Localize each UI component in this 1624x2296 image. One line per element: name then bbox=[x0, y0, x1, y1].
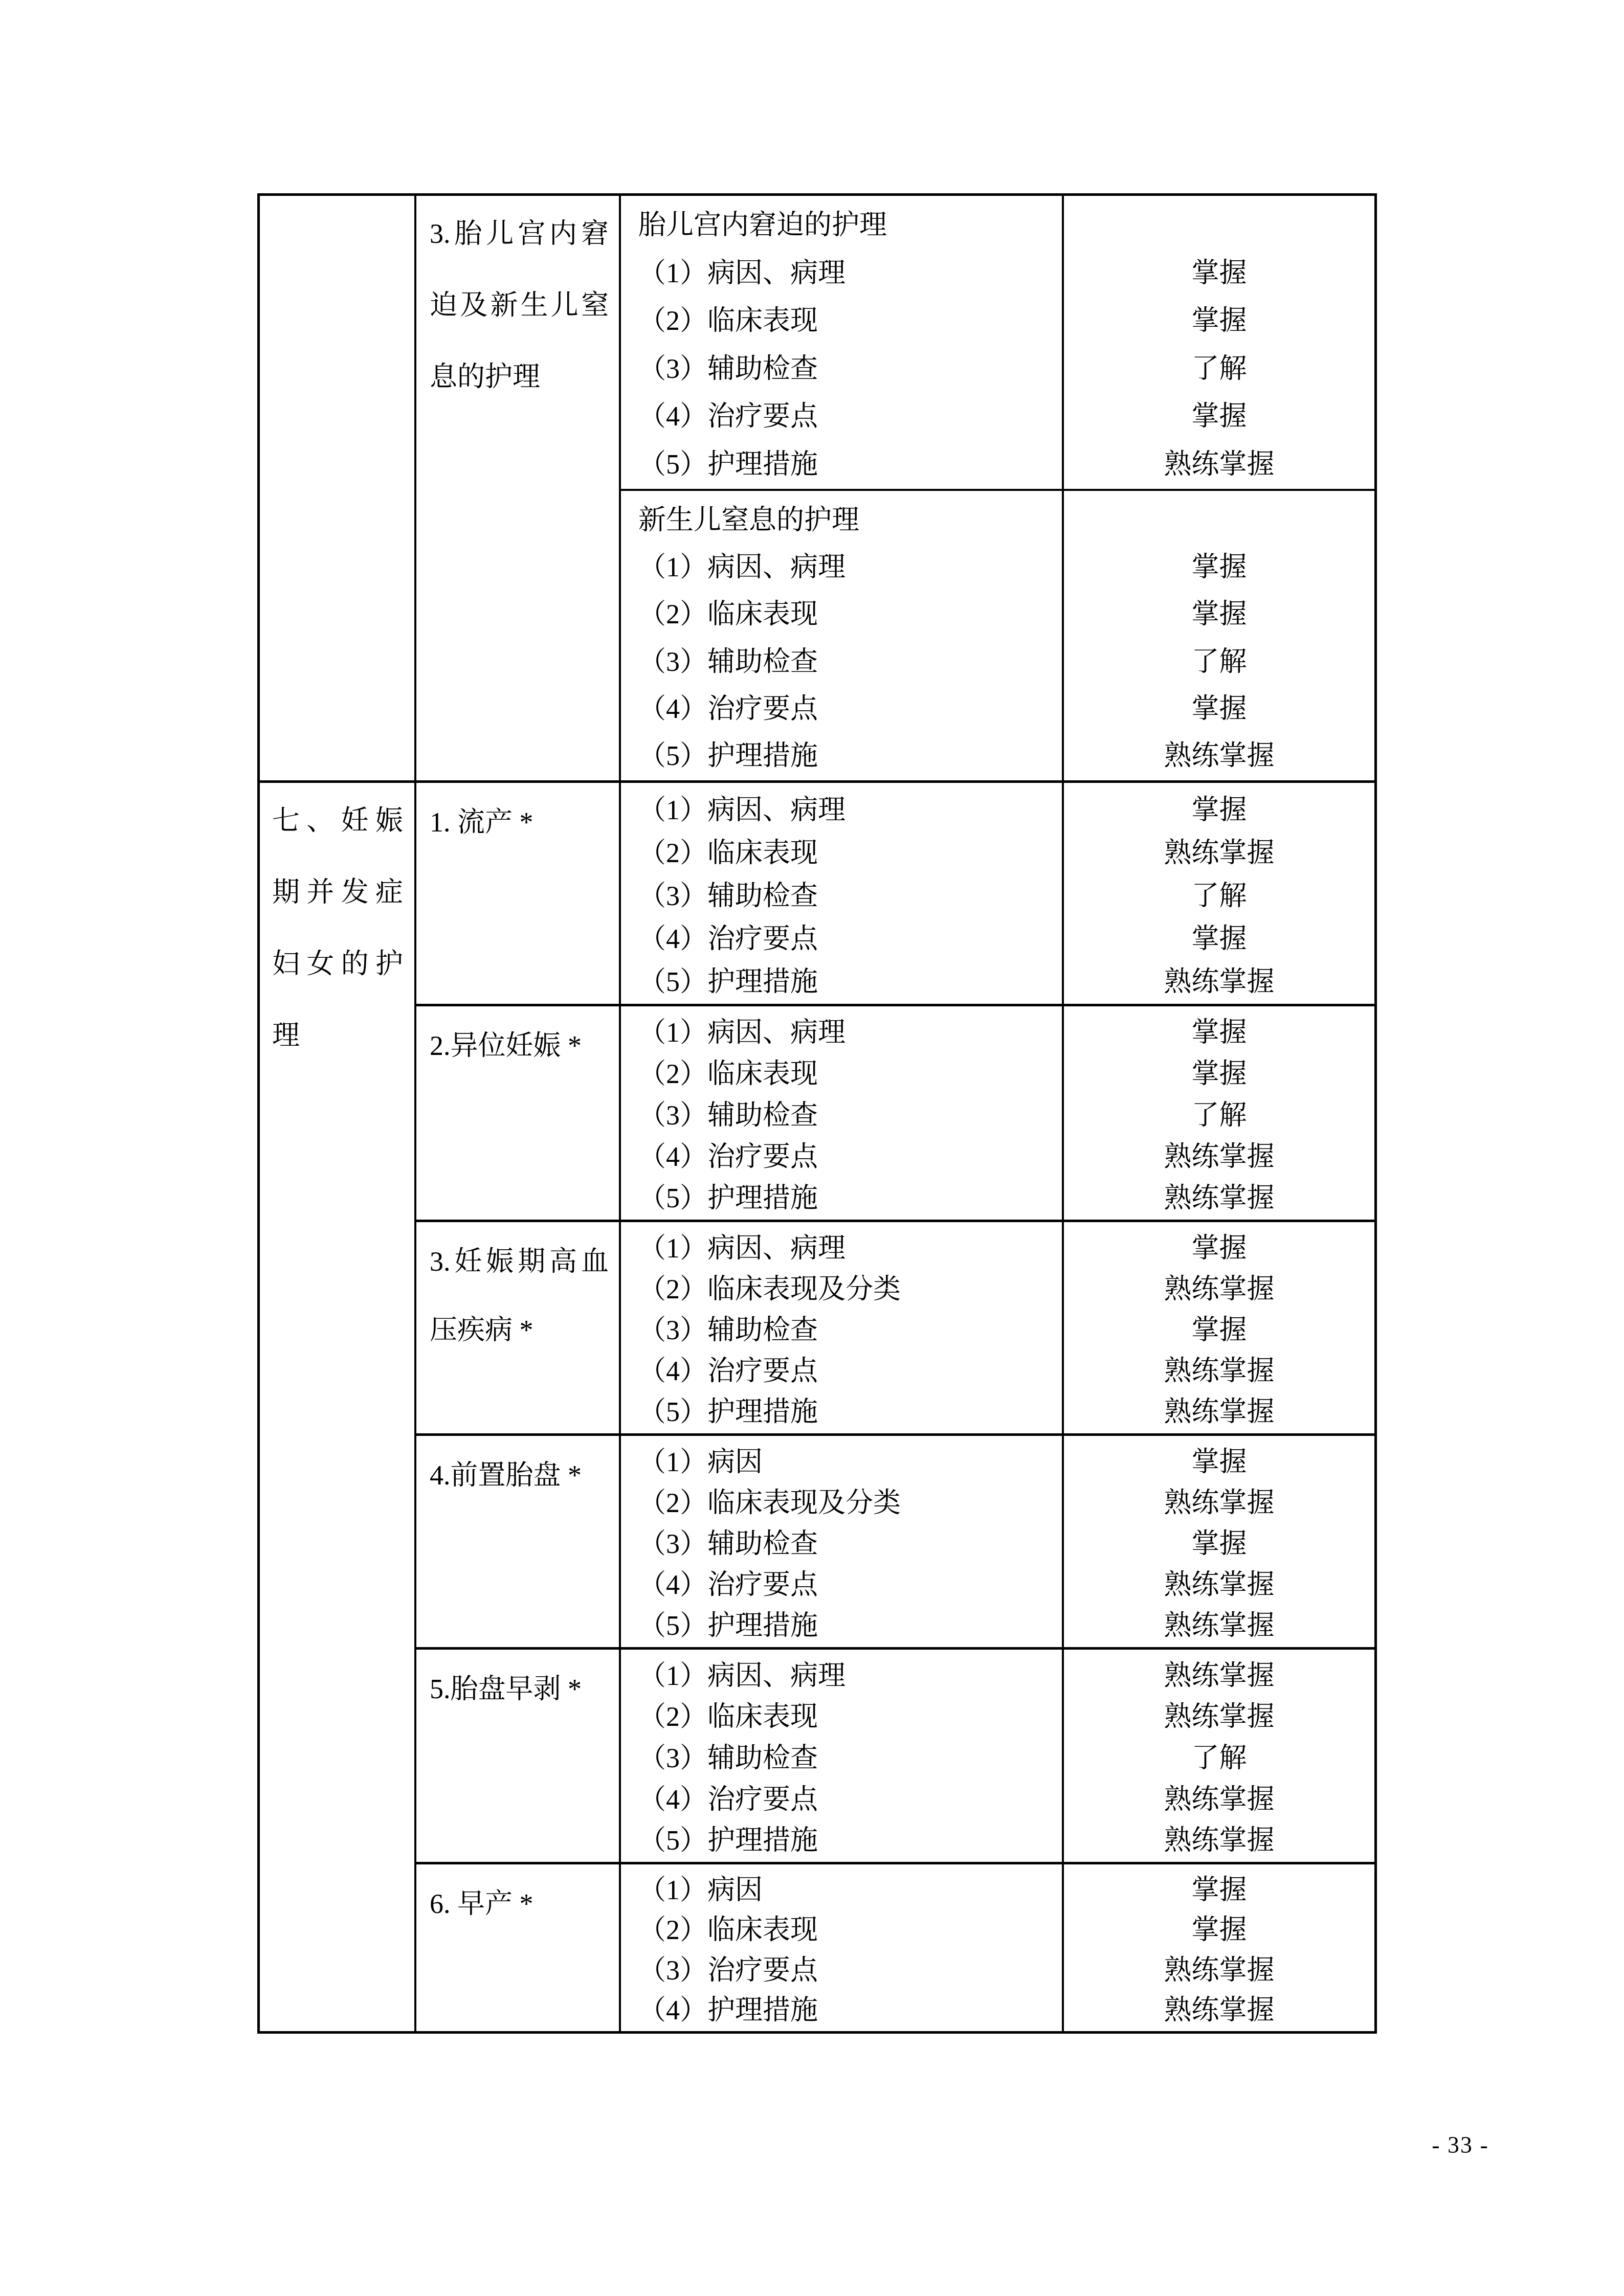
item-text: （5）护理措施 bbox=[621, 1817, 1062, 1859]
subrow-stack: 1. 流产 *（1）病因、病理（2）临床表现（3）辅助检查（4）治疗要点（5）护… bbox=[416, 783, 1374, 2031]
page-number: - 33 - bbox=[1376, 2131, 1545, 2158]
requirement-text: 熟练掌握 bbox=[1064, 1266, 1374, 1307]
table-subrow: 新生儿窒息的护理（1）病因、病理（2）临床表现（3）辅助检查（4）治疗要点（5）… bbox=[621, 491, 1374, 780]
requirement-text: 熟练掌握 bbox=[1064, 1776, 1374, 1818]
topic-cell: 3.胎儿宫内窘迫及新生儿窒息的护理 bbox=[416, 196, 621, 780]
item-text: （2）临床表现 bbox=[621, 589, 1062, 636]
requirement-text: 熟练掌握 bbox=[1064, 1603, 1374, 1644]
item-text: （4）治疗要点 bbox=[621, 1776, 1062, 1818]
item-text: （5）护理措施 bbox=[621, 958, 1062, 1001]
item-text: （1）病因、病理 bbox=[621, 786, 1062, 829]
item-text: （5）护理措施 bbox=[621, 1175, 1062, 1217]
requirement-text: 掌握 bbox=[1064, 1439, 1374, 1480]
item-text: （4）治疗要点 bbox=[621, 683, 1062, 730]
items-cell: （1）病因、病理（2）临床表现（3）辅助检查（4）治疗要点（5）护理措施 bbox=[621, 1006, 1064, 1220]
requirement-text: 掌握 bbox=[1064, 1307, 1374, 1348]
requirements-cell: 熟练掌握熟练掌握了解熟练掌握熟练掌握 bbox=[1064, 1650, 1374, 1862]
item-text: （1）病因、病理 bbox=[621, 247, 1062, 295]
requirement-text: 掌握 bbox=[1064, 1051, 1374, 1092]
requirements-cell: 掌握掌握了解掌握熟练掌握 bbox=[1064, 196, 1374, 489]
table-row: 七、妊娠期并发症妇女的护理1. 流产 *（1）病因、病理（2）临床表现（3）辅助… bbox=[260, 783, 1374, 2031]
requirement-text: 熟练掌握 bbox=[1064, 1134, 1374, 1175]
item-text: （4）治疗要点 bbox=[621, 1348, 1062, 1389]
requirement-text: 了解 bbox=[1064, 343, 1374, 391]
items-cell: （1）病因（2）临床表现及分类（3）辅助检查（4）治疗要点（5）护理措施 bbox=[621, 1436, 1064, 1647]
category-cell: 七、妊娠期并发症妇女的护理 bbox=[260, 783, 416, 2031]
item-text: （1）病因、病理 bbox=[621, 1009, 1062, 1051]
requirement-text: 熟练掌握 bbox=[1064, 1348, 1374, 1389]
requirement-text: 熟练掌握 bbox=[1064, 1988, 1374, 2029]
item-text: （1）病因、病理 bbox=[621, 1653, 1062, 1694]
topic-cell: 3.妊娠期高血压疾病 * bbox=[416, 1222, 621, 1433]
requirement-spacer bbox=[1064, 494, 1374, 541]
items-cell: （1）病因、病理（2）临床表现（3）辅助检查（4）治疗要点（5）护理措施 bbox=[621, 783, 1064, 1004]
item-text: （2）临床表现 bbox=[621, 295, 1062, 343]
requirement-text: 了解 bbox=[1064, 1735, 1374, 1776]
subrow-stack: 胎儿宫内窘迫的护理（1）病因、病理（2）临床表现（3）辅助检查（4）治疗要点（5… bbox=[621, 196, 1374, 780]
requirements-cell: 掌握熟练掌握了解掌握熟练掌握 bbox=[1064, 783, 1374, 1004]
requirement-text: 掌握 bbox=[1064, 1867, 1374, 1908]
table-subrow: 3.妊娠期高血压疾病 *（1）病因、病理（2）临床表现及分类（3）辅助检查（4）… bbox=[416, 1222, 1374, 1436]
item-text: （5）护理措施 bbox=[621, 730, 1062, 777]
requirements-cell: 掌握掌握了解掌握熟练掌握 bbox=[1064, 491, 1374, 780]
requirement-text: 熟练掌握 bbox=[1064, 438, 1374, 486]
requirement-spacer bbox=[1064, 199, 1374, 247]
items-cell: 新生儿窒息的护理（1）病因、病理（2）临床表现（3）辅助检查（4）治疗要点（5）… bbox=[621, 491, 1064, 780]
table-subrow: 4.前置胎盘 *（1）病因（2）临床表现及分类（3）辅助检查（4）治疗要点（5）… bbox=[416, 1436, 1374, 1650]
item-text: （4）治疗要点 bbox=[621, 1562, 1062, 1603]
requirements-cell: 掌握熟练掌握掌握熟练掌握熟练掌握 bbox=[1064, 1222, 1374, 1433]
requirement-text: 掌握 bbox=[1064, 683, 1374, 730]
requirement-text: 了解 bbox=[1064, 872, 1374, 915]
requirement-text: 熟练掌握 bbox=[1064, 1653, 1374, 1694]
document-page: 3.胎儿宫内窘迫及新生儿窒息的护理胎儿宫内窘迫的护理（1）病因、病理（2）临床表… bbox=[0, 0, 1624, 2296]
requirement-text: 掌握 bbox=[1064, 915, 1374, 958]
requirement-text: 熟练掌握 bbox=[1064, 1480, 1374, 1521]
requirement-text: 掌握 bbox=[1064, 589, 1374, 636]
requirement-text: 熟练掌握 bbox=[1064, 1694, 1374, 1736]
item-text: （4）治疗要点 bbox=[621, 1134, 1062, 1175]
requirement-text: 掌握 bbox=[1064, 786, 1374, 829]
requirement-text: 了解 bbox=[1064, 636, 1374, 683]
items-cell: （1）病因、病理（2）临床表现及分类（3）辅助检查（4）治疗要点（5）护理措施 bbox=[621, 1222, 1064, 1433]
item-text: （2）临床表现及分类 bbox=[621, 1480, 1062, 1521]
requirements-cell: 掌握熟练掌握掌握熟练掌握熟练掌握 bbox=[1064, 1436, 1374, 1647]
requirement-text: 掌握 bbox=[1064, 390, 1374, 438]
item-text: （3）辅助检查 bbox=[621, 636, 1062, 683]
requirement-text: 熟练掌握 bbox=[1064, 1175, 1374, 1217]
requirement-text: 熟练掌握 bbox=[1064, 829, 1374, 872]
table-subrow: 1. 流产 *（1）病因、病理（2）临床表现（3）辅助检查（4）治疗要点（5）护… bbox=[416, 783, 1374, 1006]
requirement-text: 熟练掌握 bbox=[1064, 1389, 1374, 1430]
item-group-header: 新生儿窒息的护理 bbox=[621, 494, 1062, 541]
category-cell bbox=[260, 196, 416, 780]
item-text: （4）护理措施 bbox=[621, 1988, 1062, 2029]
requirement-text: 了解 bbox=[1064, 1092, 1374, 1134]
item-text: （3）治疗要点 bbox=[621, 1948, 1062, 1988]
table-subrow: 2.异位妊娠 *（1）病因、病理（2）临床表现（3）辅助检查（4）治疗要点（5）… bbox=[416, 1006, 1374, 1222]
requirement-text: 掌握 bbox=[1064, 541, 1374, 588]
items-cell: （1）病因（2）临床表现（3）治疗要点（4）护理措施 bbox=[621, 1864, 1064, 2031]
topic-cell: 4.前置胎盘 * bbox=[416, 1436, 621, 1647]
syllabus-table: 3.胎儿宫内窘迫及新生儿窒息的护理胎儿宫内窘迫的护理（1）病因、病理（2）临床表… bbox=[257, 193, 1377, 2034]
requirement-text: 掌握 bbox=[1064, 1521, 1374, 1562]
table-row: 3.胎儿宫内窘迫及新生儿窒息的护理胎儿宫内窘迫的护理（1）病因、病理（2）临床表… bbox=[260, 196, 1374, 783]
item-text: （3）辅助检查 bbox=[621, 1521, 1062, 1562]
item-text: （4）治疗要点 bbox=[621, 390, 1062, 438]
topic-cell: 5.胎盘早剥 * bbox=[416, 1650, 621, 1862]
item-text: （3）辅助检查 bbox=[621, 1307, 1062, 1348]
item-text: （1）病因 bbox=[621, 1867, 1062, 1908]
requirements-cell: 掌握掌握了解熟练掌握熟练掌握 bbox=[1064, 1006, 1374, 1220]
requirement-text: 熟练掌握 bbox=[1064, 730, 1374, 777]
items-cell: （1）病因、病理（2）临床表现（3）辅助检查（4）治疗要点（5）护理措施 bbox=[621, 1650, 1064, 1862]
item-text: （5）护理措施 bbox=[621, 1603, 1062, 1644]
item-text: （4）治疗要点 bbox=[621, 915, 1062, 958]
item-text: （1）病因、病理 bbox=[621, 1225, 1062, 1266]
item-text: （2）临床表现 bbox=[621, 1051, 1062, 1092]
topic-cell: 6. 早产 * bbox=[416, 1864, 621, 2031]
item-text: （1）病因 bbox=[621, 1439, 1062, 1480]
requirement-text: 掌握 bbox=[1064, 1225, 1374, 1266]
item-text: （3）辅助检查 bbox=[621, 343, 1062, 391]
requirement-text: 熟练掌握 bbox=[1064, 958, 1374, 1001]
item-text: （2）临床表现及分类 bbox=[621, 1266, 1062, 1307]
requirement-text: 掌握 bbox=[1064, 295, 1374, 343]
requirement-text: 掌握 bbox=[1064, 247, 1374, 295]
requirements-cell: 掌握掌握熟练掌握熟练掌握 bbox=[1064, 1864, 1374, 2031]
items-cell: 胎儿宫内窘迫的护理（1）病因、病理（2）临床表现（3）辅助检查（4）治疗要点（5… bbox=[621, 196, 1064, 489]
item-text: （3）辅助检查 bbox=[621, 1092, 1062, 1134]
item-text: （2）临床表现 bbox=[621, 829, 1062, 872]
table-subrow: 5.胎盘早剥 *（1）病因、病理（2）临床表现（3）辅助检查（4）治疗要点（5）… bbox=[416, 1650, 1374, 1864]
item-text: （5）护理措施 bbox=[621, 1389, 1062, 1430]
item-text: （2）临床表现 bbox=[621, 1908, 1062, 1948]
item-text: （5）护理措施 bbox=[621, 438, 1062, 486]
table-subrow: 6. 早产 *（1）病因（2）临床表现（3）治疗要点（4）护理措施掌握掌握熟练掌… bbox=[416, 1864, 1374, 2031]
requirement-text: 熟练掌握 bbox=[1064, 1817, 1374, 1859]
table-subrow: 胎儿宫内窘迫的护理（1）病因、病理（2）临床表现（3）辅助检查（4）治疗要点（5… bbox=[621, 196, 1374, 491]
item-text: （2）临床表现 bbox=[621, 1694, 1062, 1736]
requirement-text: 掌握 bbox=[1064, 1908, 1374, 1948]
requirement-text: 熟练掌握 bbox=[1064, 1562, 1374, 1603]
requirement-text: 掌握 bbox=[1064, 1009, 1374, 1051]
item-text: （3）辅助检查 bbox=[621, 1735, 1062, 1776]
item-group-header: 胎儿宫内窘迫的护理 bbox=[621, 199, 1062, 247]
topic-cell: 1. 流产 * bbox=[416, 783, 621, 1004]
requirement-text: 熟练掌握 bbox=[1064, 1948, 1374, 1988]
topic-cell: 2.异位妊娠 * bbox=[416, 1006, 621, 1220]
item-text: （3）辅助检查 bbox=[621, 872, 1062, 915]
item-text: （1）病因、病理 bbox=[621, 541, 1062, 588]
